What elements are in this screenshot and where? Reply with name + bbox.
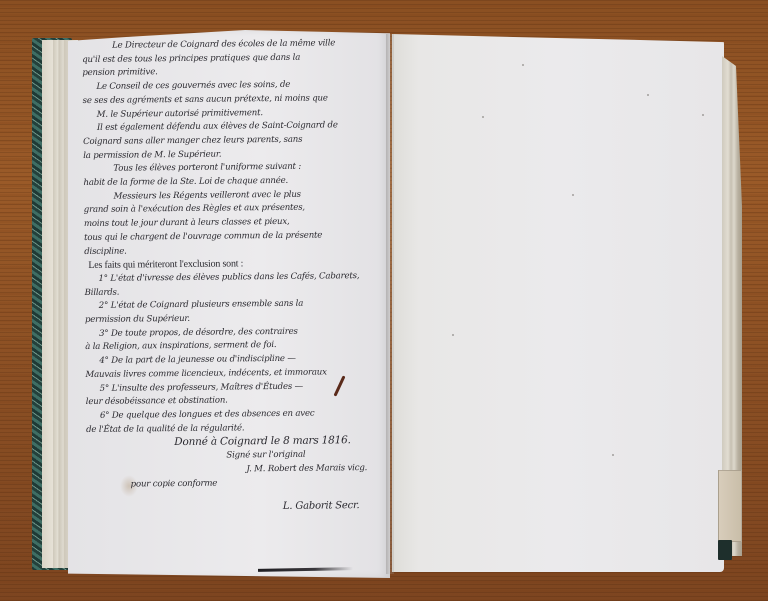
book-cover-corner [718,540,732,560]
paper-speck [482,116,484,118]
handwritten-text: Le Directeur de Coignard des écoles de l… [82,37,389,516]
left-page-manuscript: Le Directeur de Coignard des écoles de l… [68,30,390,578]
paper-speck [572,194,574,196]
book-gutter [386,34,394,574]
paper-tab-insert [718,470,742,542]
paper-speck [702,114,704,116]
paper-speck [522,64,524,66]
signature: L. Gaborit Secr. [87,499,389,516]
right-page-blank [392,34,724,572]
signature-flourish [258,567,353,572]
copy-certified-line: pour copie conforme [87,475,389,492]
paper-speck [612,454,614,456]
paper-speck [647,94,649,96]
paper-speck [452,334,454,336]
